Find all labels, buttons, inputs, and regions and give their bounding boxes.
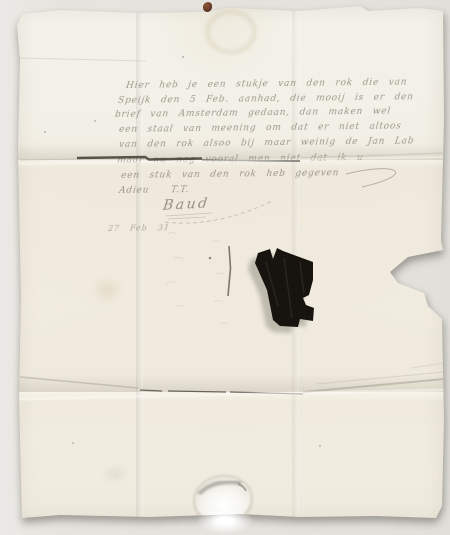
photo-background: Hier heb je een stukje van den rok die v… <box>0 0 450 535</box>
letter-line: maar nu nog vooral men niet dat ik u <box>116 153 364 166</box>
pen-stroke <box>228 246 231 296</box>
letter-line: Speijk den 5 Feb. aanhad, die mooij is e… <box>117 92 414 106</box>
fold-shadow-lower <box>16 374 445 392</box>
letter-paper: Hier heb je een stukje van den rok die v… <box>16 6 445 520</box>
top-crease <box>18 58 146 61</box>
letter-line: Hier heb je een stukje van den rok die v… <box>125 78 408 91</box>
letter-line: een staal van meening om dat er niet alt… <box>118 122 402 135</box>
line-swash <box>346 169 396 187</box>
fabric-fragment <box>248 248 314 333</box>
letter-line: van den rok alsoo bij maar weinig de Jan… <box>118 136 415 150</box>
letter-closing: Adieu T.T. <box>118 185 189 196</box>
hole-light-spill <box>196 508 254 534</box>
letter-signature: Baud <box>162 195 211 214</box>
left-stain-blob <box>86 272 128 308</box>
ghost-ink-marks <box>166 233 228 325</box>
fold-crease-lower <box>20 363 444 399</box>
letter-date: 27 Feb 31 <box>107 223 170 233</box>
signature-underline <box>166 213 212 219</box>
bottom-smudge <box>98 462 132 486</box>
letter-line: een stuk van den rok heb gegeven <box>120 168 340 181</box>
ink-dot <box>209 257 212 260</box>
fold-highlight-lower <box>16 392 445 402</box>
letter-paper-wrapper: Hier heb je een stukje van den rok die v… <box>16 6 445 520</box>
letter-line: brief van Amsterdam gedaan, dan maken we… <box>114 107 391 120</box>
